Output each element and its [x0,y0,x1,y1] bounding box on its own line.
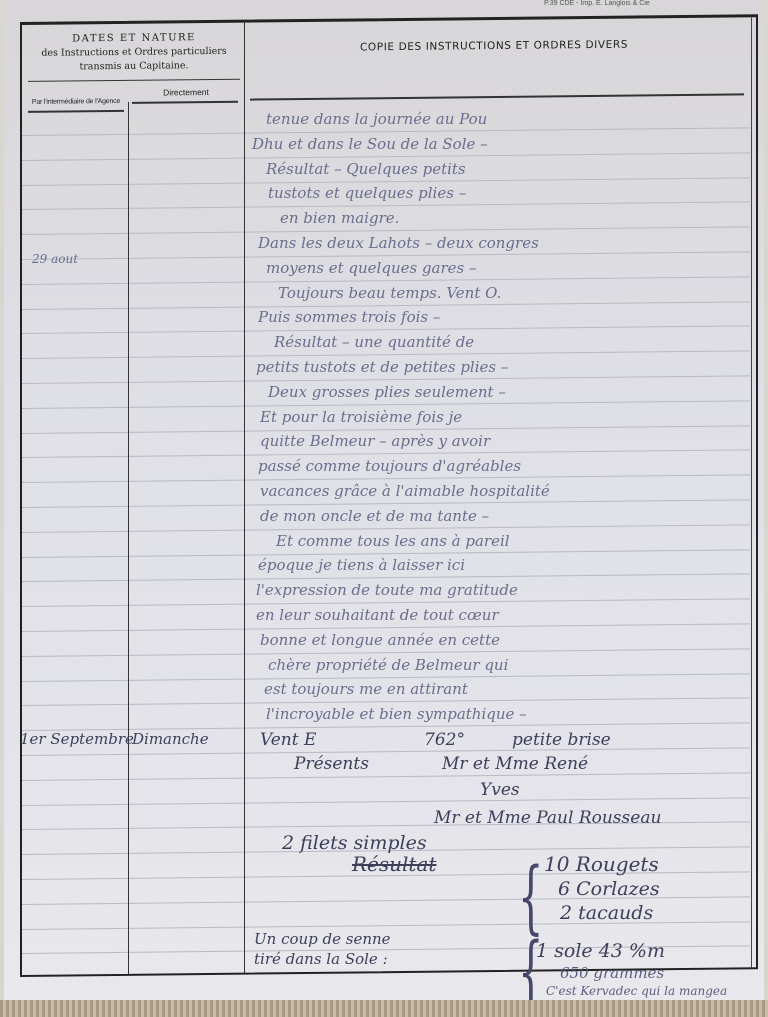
date-1-septembre: 1er Septembre [20,730,134,748]
frame-inner-border [751,17,752,967]
header-dates-nature: DATES ET NATURE des Instructions et Ordr… [28,31,240,75]
handwritten-line: en bien maigre. [280,209,399,227]
header-copy-instructions: COPIE DES INSTRUCTIONS ET ORDRES DIVERS [244,37,744,54]
handwritten-line: est toujours me en attirant [264,680,468,698]
handwritten-line: passé comme toujours d'agréables [258,457,521,475]
header-left-subtitle-2: transmis au Capitaine. [28,59,240,75]
handwritten-line: Et comme tous les ans à pareil [276,532,510,550]
column-divider-main [244,23,245,973]
header-right-underline [250,93,744,100]
catch-item-1: 10 Rougets [544,852,659,876]
presents-label: Présents [294,754,369,774]
sole-weight: 650 grammes [560,964,664,982]
handwritten-line: bonne et longue année en cette [260,631,500,649]
handwritten-line: tenue dans la journée au Pou [266,110,487,128]
wind-reading: Vent E [260,730,316,750]
handwritten-line: en leur souhaitant de tout cœur [256,606,499,624]
handwritten-line: Dhu et dans le Sou de la Sole – [252,135,488,153]
handwritten-line: Et pour la troisième fois je [260,408,462,426]
nets-used: 2 filets simples [282,832,427,854]
handwritten-line: de mon oncle et de ma tante – [260,507,489,525]
note-senne-line-1: Un coup de senne [254,930,391,948]
presents-line-2: Yves [480,780,520,800]
header-left-subtitle-1: des Instructions et Ordres particuliers [28,45,240,61]
catch-item-2: 6 Corlazes [558,878,660,900]
book-binding-edge [0,1000,768,1017]
printer-imprint: P.39 CDE - Imp. E. Langlois & Cie [544,0,650,7]
handwritten-line: quitte Belmeur – après y avoir [260,432,490,450]
handwritten-line: Toujours beau temps. Vent O. [278,284,501,302]
header-left-divider [28,79,240,82]
handwritten-line: Deux grosses plies seulement – [268,383,506,401]
pressure-reading: 762° [424,730,465,750]
column-divider-agency [128,102,129,974]
presents-line-1: Mr et Mme René [442,754,588,774]
handwritten-line: vacances grâce à l'aimable hospitalité [260,482,550,500]
handwritten-line: Résultat – Quelques petits [266,160,466,178]
handwritten-line: chère propriété de Belmeur qui [268,656,508,674]
handwritten-line: l'expression de toute ma gratitude [256,581,518,599]
ruled-line [22,747,750,756]
handwritten-line: Puis sommes trois fois – [258,308,440,326]
ruled-line [22,772,750,781]
column-header-direct-underline [132,101,238,104]
handwritten-line: tustots et quelques plies – [268,184,466,202]
column-header-direct: Directement [128,87,244,98]
catch-item-3: 2 tacauds [560,902,653,924]
presents-line-3: Mr et Mme Paul Rousseau [434,808,661,828]
handwritten-line: moyens et quelques gares – [266,259,477,277]
sea-state: petite brise [512,730,611,750]
handwritten-line: époque je tiens à laisser ici [258,556,465,574]
column-header-agency-underline [28,110,124,113]
ruled-line [22,797,750,806]
date-29-aout: 29 aout [32,252,78,266]
ledger-page: P.39 CDE - Imp. E. Langlois & Cie DATES … [4,0,764,1002]
handwritten-line: l'incroyable et bien sympathique – [266,705,527,723]
column-header-agency: Par l'intermédiaire de l'Agence [24,98,128,106]
note-senne-line-2: tiré dans la Sole : [254,950,388,968]
sole-catch: 1 sole 43 %m [536,940,665,962]
handwritten-line: petits tustots et de petites plies – [256,358,508,376]
result-label: Résultat [352,852,436,876]
sole-note: C'est Kervadec qui la mangea [546,984,727,998]
day-dimanche: Dimanche [132,730,209,748]
handwritten-line: Dans les deux Lahots – deux congres [258,234,539,252]
handwritten-line: Résultat – une quantité de [274,333,474,351]
